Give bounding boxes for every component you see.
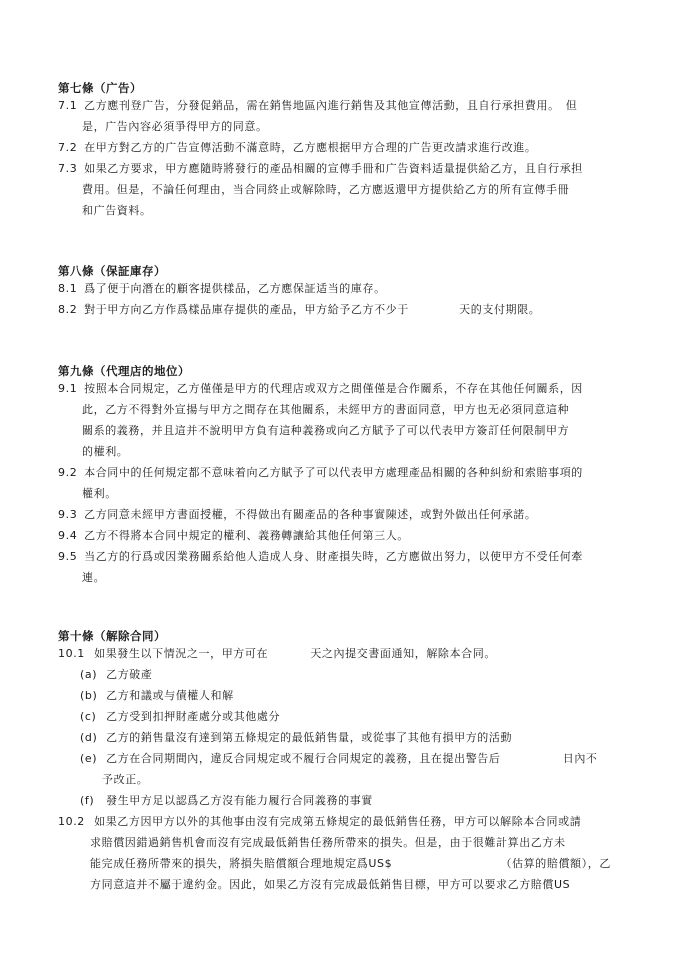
clause-10-2-line-3: 能完成任務所帶來的損失，將損失賠償額合理地規定爲US$ （估算的賠償額），乙 <box>90 857 611 871</box>
clause-7-3-line-1: 7.3 如果乙方要求，甲方應隨時將發行的產品相關的宣傳手冊和广告資料适量提供給乙… <box>58 162 583 176</box>
clause-number: 7.1 <box>58 99 80 113</box>
clause-text: 乙方不得將本合同中規定的權利、義務轉讓給其他任何第三人。 <box>84 529 409 542</box>
clause-9-1-line-1: 9.1 按照本合同規定，乙方僅僅是甲方的代理店或双方之間僅僅是合作關系，不存在其… <box>58 382 583 396</box>
item-text: 乙方和議或与債權人和解 <box>106 689 234 702</box>
item-label: (f) <box>80 794 102 808</box>
clause-text: 本合同中的任何規定都不意味着向乙方賦予了可以代表甲方處理產品相關的各种糾紛和索賠… <box>84 466 583 479</box>
list-item-c: (c) 乙方受到扣押財產處分或其他處分 <box>80 710 280 724</box>
clause-text-before-blank: 如果發生以下情況之一，甲方可在 <box>94 647 268 660</box>
clause-text: 乙方同意未經甲方書面授權，不得做出有關產品的各种事實陳述，或對外做出任何承諾。 <box>84 508 536 521</box>
clause-text: 在甲方對乙方的广告宣傳活動不滿意時，乙方應根据甲方合理的广告更改請求進行改進。 <box>84 141 536 154</box>
clause-9-5-line-2: 連。 <box>82 571 105 585</box>
list-item-d: (d) 乙方的銷售量沒有達到第五條規定的最低銷售量，或從事了其他有損甲方的活動 <box>80 731 512 745</box>
item-label: (e) <box>80 752 102 766</box>
clause-number: 8.1 <box>58 282 80 296</box>
item-text: 發生甲方足以認爲乙方沒有能力履行合同義務的事實 <box>106 794 373 807</box>
clause-9-3-line-1: 9.3 乙方同意未經甲方書面授權，不得做出有關產品的各种事實陳述，或對外做出任何… <box>58 508 537 522</box>
clause-number: 10.1 <box>58 647 90 661</box>
clause-number: 9.5 <box>58 550 80 564</box>
clause-7-3-line-2: 費用。但是，不論任何理由，当合同終止或解除時，乙方應返還甲方提供給乙方的所有宣傳… <box>82 183 569 197</box>
list-item-e: (e) 乙方在合同期間內，違反合同規定或不履行合同規定的義務，且在提出警告后 日… <box>80 752 598 766</box>
list-item-b: (b) 乙方和議或与債權人和解 <box>80 689 234 703</box>
clause-text-before-blank: 對于甲方向乙方作爲樣品庫存提供的產品，甲方給予乙方不少于 <box>84 303 409 316</box>
item-label: (c) <box>80 710 102 724</box>
item-label: (b) <box>80 689 102 703</box>
clause-7-1-line-1: 7.1 乙方應刊登广告，分發促銷品，需在銷售地區內進行銷售及其他宣傳活動，且自行… <box>58 99 577 113</box>
clause-9-4-line-1: 9.4 乙方不得將本合同中規定的權利、義務轉讓給其他任何第三人。 <box>58 529 409 543</box>
clause-text-before-blank: 能完成任務所帶來的損失，將損失賠償額合理地規定爲US$ <box>90 857 392 870</box>
document-page: 第七條（广告） 7.1 乙方應刊登广告，分發促銷品，需在銷售地區內進行銷售及其他… <box>0 0 680 962</box>
clause-7-3-line-3: 和广告資料。 <box>82 204 152 218</box>
clause-number: 9.2 <box>58 466 80 480</box>
clause-number: 8.2 <box>58 303 80 317</box>
clause-text: 爲了便于向潛在的顧客提供樣品，乙方應保証适当的庫存。 <box>84 282 386 295</box>
list-item-e-continuation: 予改正。 <box>102 773 148 787</box>
clause-10-2-line-1: 10.2 如果乙方因甲方以外的其他事由沒有完成第五條規定的最低銷售任務，甲方可以… <box>58 815 581 829</box>
clause-text: 当乙方的行爲或因業務關系給他人造成人身、財產損失時，乙方應做出努力，以使甲方不受… <box>84 550 583 563</box>
list-item-a: (a) 乙方破產 <box>80 668 153 682</box>
clause-number: 7.3 <box>58 162 80 176</box>
clause-10-1-line-1: 10.1 如果發生以下情況之一，甲方可在 天之內提交書面通知，解除本合同。 <box>58 647 496 661</box>
item-label: (a) <box>80 668 102 682</box>
clause-number: 7.2 <box>58 141 80 155</box>
section-title-10: 第十條（解除合同） <box>58 628 166 644</box>
clause-text: 乙方應刊登广告，分發促銷品，需在銷售地區內進行銷售及其他宣傳活動，且自行承担費用… <box>84 99 577 112</box>
clause-9-1-line-2: 此，乙方不得對外宣揚与甲方之間存在其他關系，未經甲方的書面同意，甲方也无必須同意… <box>82 403 569 417</box>
clause-number: 10.2 <box>58 815 90 829</box>
clause-8-1-line-1: 8.1 爲了便于向潛在的顧客提供樣品，乙方應保証适当的庫存。 <box>58 282 386 296</box>
clause-number: 9.3 <box>58 508 80 522</box>
clause-9-2-line-1: 9.2 本合同中的任何規定都不意味着向乙方賦予了可以代表甲方處理產品相關的各种糾… <box>58 466 583 480</box>
clause-8-2-line-1: 8.2 對于甲方向乙方作爲樣品庫存提供的產品，甲方給予乙方不少于 天的支付期限。 <box>58 303 540 317</box>
item-label: (d) <box>80 731 102 745</box>
clause-10-2-line-4: 方同意這并不屬于違約金。因此，如果乙方沒有完成最低銷售目標，甲方可以要求乙方賠償… <box>90 878 570 892</box>
clause-text: 如果乙方因甲方以外的其他事由沒有完成第五條規定的最低銷售任務，甲方可以解除本合同… <box>94 815 581 828</box>
clause-text: 如果乙方要求，甲方應隨時將發行的產品相關的宣傳手冊和广告資料适量提供給乙方，且自… <box>84 162 583 175</box>
clause-9-2-line-2: 權利。 <box>82 487 117 501</box>
clause-9-1-line-4: 的權利。 <box>82 445 128 459</box>
section-title-8: 第八條（保証庫存） <box>58 263 166 279</box>
clause-text-after-blank: （估算的賠償額），乙 <box>500 857 611 870</box>
clause-7-1-line-2: 是，广告內容必須爭得甲方的同意。 <box>82 120 268 134</box>
clause-number: 9.1 <box>58 382 80 396</box>
clause-10-2-line-2: 求賠償因錯過銷售机會而沒有完成最低銷售任務所帶來的損失。但是，由于很難計算出乙方… <box>90 836 566 850</box>
item-text: 乙方破產 <box>106 668 152 681</box>
clause-text: 按照本合同規定，乙方僅僅是甲方的代理店或双方之間僅僅是合作關系，不存在其他任何關… <box>84 382 583 395</box>
clause-text-after-blank: 天之內提交書面通知，解除本合同。 <box>310 647 496 660</box>
section-title-7: 第七條（广告） <box>58 80 142 96</box>
item-text-after-blank: 日內不 <box>563 752 598 765</box>
item-text: 乙方受到扣押財產處分或其他處分 <box>106 710 280 723</box>
item-text-before-blank: 乙方在合同期間內，違反合同規定或不履行合同規定的義務，且在提出警告后 <box>106 752 500 765</box>
section-title-9: 第九條（代理店的地位） <box>58 363 190 379</box>
item-text: 乙方的銷售量沒有達到第五條規定的最低銷售量，或從事了其他有損甲方的活動 <box>106 731 512 744</box>
clause-text-after-blank: 天的支付期限。 <box>459 303 540 316</box>
clause-9-1-line-3: 關系的義務，并且這并不說明甲方負有這种義務或向乙方賦予了可以代表甲方簽訂任何限制… <box>82 424 569 438</box>
list-item-f: (f) 發生甲方足以認爲乙方沒有能力履行合同義務的事實 <box>80 794 373 808</box>
clause-7-2-line-1: 7.2 在甲方對乙方的广告宣傳活動不滿意時，乙方應根据甲方合理的广告更改請求進行… <box>58 141 537 155</box>
clause-number: 9.4 <box>58 529 80 543</box>
clause-9-5-line-1: 9.5 当乙方的行爲或因業務關系給他人造成人身、財產損失時，乙方應做出努力，以使… <box>58 550 583 564</box>
